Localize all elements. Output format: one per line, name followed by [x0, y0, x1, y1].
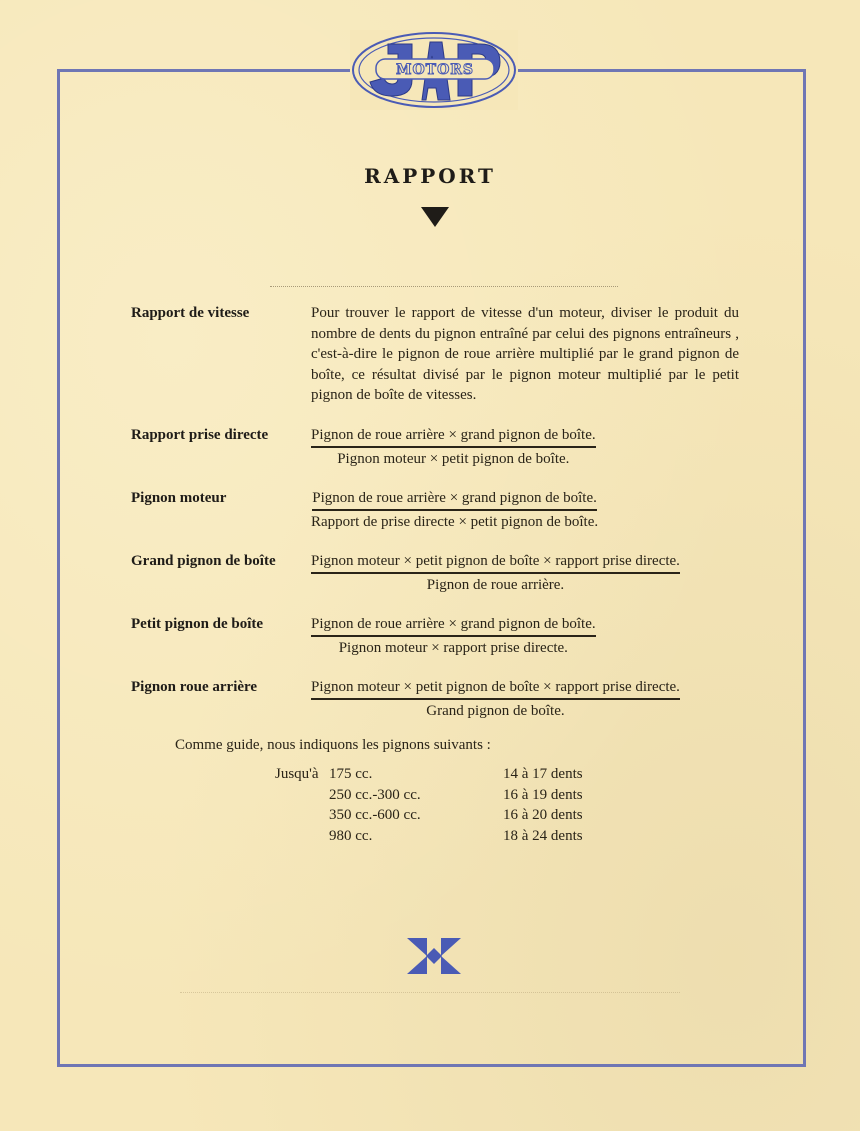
formula-denominator: Pignon moteur × rapport prise directe. — [311, 640, 596, 657]
formula-pignon-roue-arriere: Pignon moteur × petit pignon de boîte × … — [311, 679, 680, 720]
bowtie-diamond-ornament-icon — [405, 937, 463, 975]
formula-denominator: Grand pignon de boîte. — [311, 703, 680, 720]
logo-banner-text: MOTORS — [396, 62, 474, 78]
guide-prefix: Jusqu'à — [275, 764, 329, 785]
guide-teeth: 16 à 20 dents — [503, 805, 583, 826]
guide-teeth: 18 à 24 dents — [503, 826, 583, 847]
guide-intro-text: Comme guide, nous indiquons les pignons … — [175, 737, 491, 754]
section-divider — [270, 286, 618, 287]
label-grand-pignon-de-boite: Grand pignon de boîte — [131, 553, 276, 570]
formula-denominator: Rapport de prise directe × petit pignon … — [311, 514, 598, 531]
guide-displacement: 350 cc.-600 cc. — [329, 805, 421, 826]
formula-numerator: Pignon de roue arrière × grand pignon de… — [311, 427, 596, 448]
formula-numerator: Pignon de roue arrière × grand pignon de… — [311, 616, 596, 637]
intro-paragraph: Pour trouver le rapport de vitesse d'un … — [311, 303, 739, 406]
formula-numerator: Pignon moteur × petit pignon de boîte × … — [311, 679, 680, 700]
guide-displacement: 980 cc. — [329, 826, 372, 847]
label-petit-pignon-de-boite: Petit pignon de boîte — [131, 616, 263, 633]
formula-numerator: Pignon de roue arrière × grand pignon de… — [312, 490, 597, 511]
formula-rapport-prise-directe: Pignon de roue arrière × grand pignon de… — [311, 427, 596, 468]
faint-divider — [180, 992, 680, 993]
guide-displacement: 250 cc.-300 cc. — [329, 785, 421, 806]
formula-numerator: Pignon moteur × petit pignon de boîte × … — [311, 553, 680, 574]
guide-teeth: 14 à 17 dents — [503, 764, 583, 785]
label-rapport-de-vitesse: Rapport de vitesse — [131, 305, 249, 322]
formula-petit-pignon-de-boite: Pignon de roue arrière × grand pignon de… — [311, 616, 596, 657]
down-triangle-icon — [421, 207, 449, 227]
label-pignon-roue-arriere: Pignon roue arrière — [131, 679, 257, 696]
guide-teeth: 16 à 19 dents — [503, 785, 583, 806]
formula-denominator: Pignon de roue arrière. — [311, 577, 680, 594]
formula-denominator: Pignon moteur × petit pignon de boîte. — [311, 451, 596, 468]
jap-motors-logo: MOTORS — [350, 30, 518, 110]
formula-grand-pignon-de-boite: Pignon moteur × petit pignon de boîte × … — [311, 553, 680, 594]
guide-displacement: 175 cc. — [329, 764, 372, 785]
page-title: RAPPORT — [0, 164, 860, 188]
label-rapport-prise-directe: Rapport prise directe — [131, 427, 268, 444]
formula-pignon-moteur: Pignon de roue arrière × grand pignon de… — [311, 490, 598, 531]
label-pignon-moteur: Pignon moteur — [131, 490, 226, 507]
